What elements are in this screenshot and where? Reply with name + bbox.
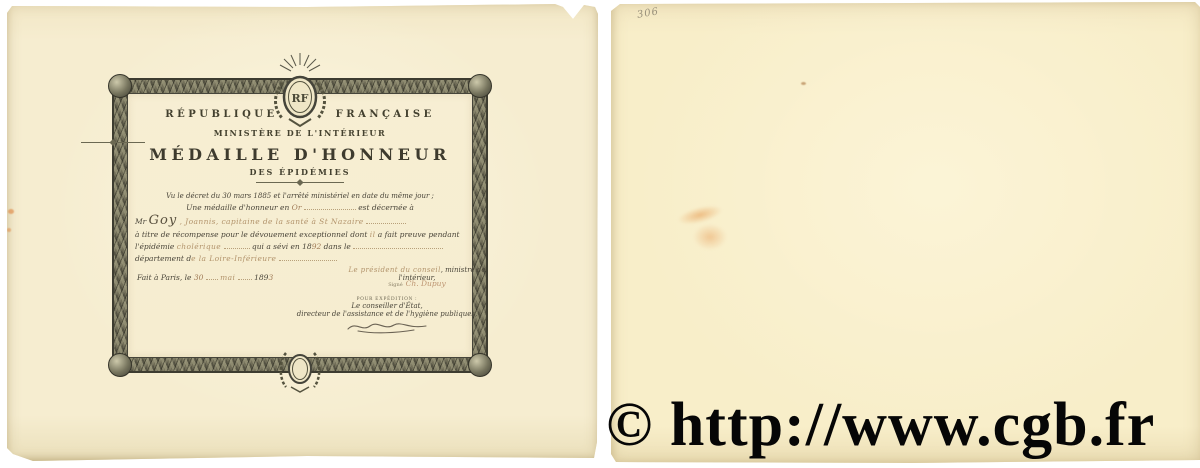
certificate-page: RF RÉPUBLIQUE FRANÇAISE MINISTÈRE DE L'I… xyxy=(7,4,598,461)
epidemic-line: l'épidémie cholérique qui a sévi en 1892… xyxy=(135,242,471,251)
merit-printed-end: a fait preuve pendant xyxy=(378,230,460,239)
recipient-line: Mr Goy , Joannis, capitaine de la santé … xyxy=(135,213,471,228)
republic-word-left: RÉPUBLIQUE xyxy=(165,109,277,120)
merit-pronoun-handwriting: il xyxy=(370,230,376,239)
officer-line-2: directeur de l'assistance et de l'hygièn… xyxy=(287,310,487,318)
award-line: Une médaille d'honneur en Or est décerné… xyxy=(113,203,487,212)
blank-line xyxy=(366,217,406,224)
signed-label: Signé xyxy=(388,282,402,288)
minister-signature-handwriting: Ch. Dupuy xyxy=(406,279,446,288)
blank-line xyxy=(206,273,218,280)
date-year-handwriting: 3 xyxy=(268,273,273,282)
conseiller-signature-flourish xyxy=(344,319,430,335)
scan-background: { "colors": { "paper_left": "#f4ebcd", "… xyxy=(0,0,1200,468)
recipient-details-handwriting: , Joannis, capitaine de la santé à St Na… xyxy=(180,217,364,226)
pencil-inventory-number: 306 xyxy=(636,6,660,21)
watermark-text: © http://www.cgb.fr xyxy=(606,394,1200,456)
date-day-handwriting: 30 xyxy=(194,273,204,282)
ministry-line: MINISTÈRE DE L'INTÉRIEUR xyxy=(113,128,487,138)
foxing-spot xyxy=(8,209,14,214)
department-printed: département d xyxy=(135,254,191,263)
epidemic-printed-start: l'épidémie xyxy=(135,242,174,251)
decree-line: Vu le décret du 30 mars 1885 et l'arrêté… xyxy=(113,192,487,200)
officer-line-1: Le conseiller d'État, xyxy=(287,302,487,310)
blank-line xyxy=(304,203,356,210)
date-month-handwriting: mai xyxy=(220,273,235,282)
rust-stain xyxy=(693,224,727,250)
republic-line: RÉPUBLIQUE FRANÇAISE xyxy=(113,109,487,120)
rf-monogram: RF xyxy=(292,92,309,105)
foxing-spot xyxy=(7,228,11,232)
award-metal-handwriting: Or xyxy=(292,203,302,212)
recipient-prefix: Mr xyxy=(135,217,146,226)
corner-rosette-icon xyxy=(108,353,132,377)
date-year-printed: 189 xyxy=(254,273,268,282)
epidemic-type-handwriting: cholérique xyxy=(177,242,221,251)
blank-line xyxy=(279,254,337,261)
department-handwriting: e la Loire-Inférieure xyxy=(191,254,276,263)
certificate-subtitle: DES ÉPIDÉMIES xyxy=(113,167,487,177)
minister-signature-line: SignéCh. Dupuy xyxy=(337,279,497,288)
ribbon xyxy=(289,119,311,126)
merit-line: à titre de récompense pour le dévouement… xyxy=(135,230,471,239)
recipient-name-handwriting: Goy xyxy=(149,213,178,228)
sunburst-rays xyxy=(280,53,320,71)
corner-rosette-icon xyxy=(468,74,492,98)
date-printed: Fait à Paris, le xyxy=(137,273,191,282)
department-line: département de la Loire-Inférieure xyxy=(135,254,471,263)
epidemic-printed-mid: qui a sévi en 18 xyxy=(252,242,312,251)
certificate-title: MÉDAILLE D'HONNEUR xyxy=(113,145,487,164)
bottom-medallion-icon xyxy=(277,345,323,395)
epidemic-printed-end: dans le xyxy=(324,242,351,251)
corner-rosette-icon xyxy=(468,353,492,377)
award-printed-end: est décernée à xyxy=(358,203,414,212)
rust-stain xyxy=(676,202,725,229)
award-printed-start: Une médaille d'honneur en xyxy=(186,203,289,212)
expedition-block: POUR EXPÉDITION : Le conseiller d'État, … xyxy=(287,297,487,340)
divider-ornament xyxy=(256,181,344,184)
blank-line xyxy=(238,273,252,280)
date-line: Fait à Paris, le 30 mai 1893 xyxy=(137,273,337,282)
corner-rosette-icon xyxy=(108,74,132,98)
blank-line xyxy=(353,242,443,249)
republic-word-right: FRANÇAISE xyxy=(336,109,435,120)
divider-ornament xyxy=(81,141,145,144)
blank-line xyxy=(224,242,250,249)
foxing-spot xyxy=(801,82,806,85)
epidemic-year-handwriting: 92 xyxy=(312,242,322,251)
minister-title-handwriting: Le président du conseil xyxy=(348,266,440,274)
merit-printed-start: à titre de récompense pour le dévouement… xyxy=(135,230,367,239)
